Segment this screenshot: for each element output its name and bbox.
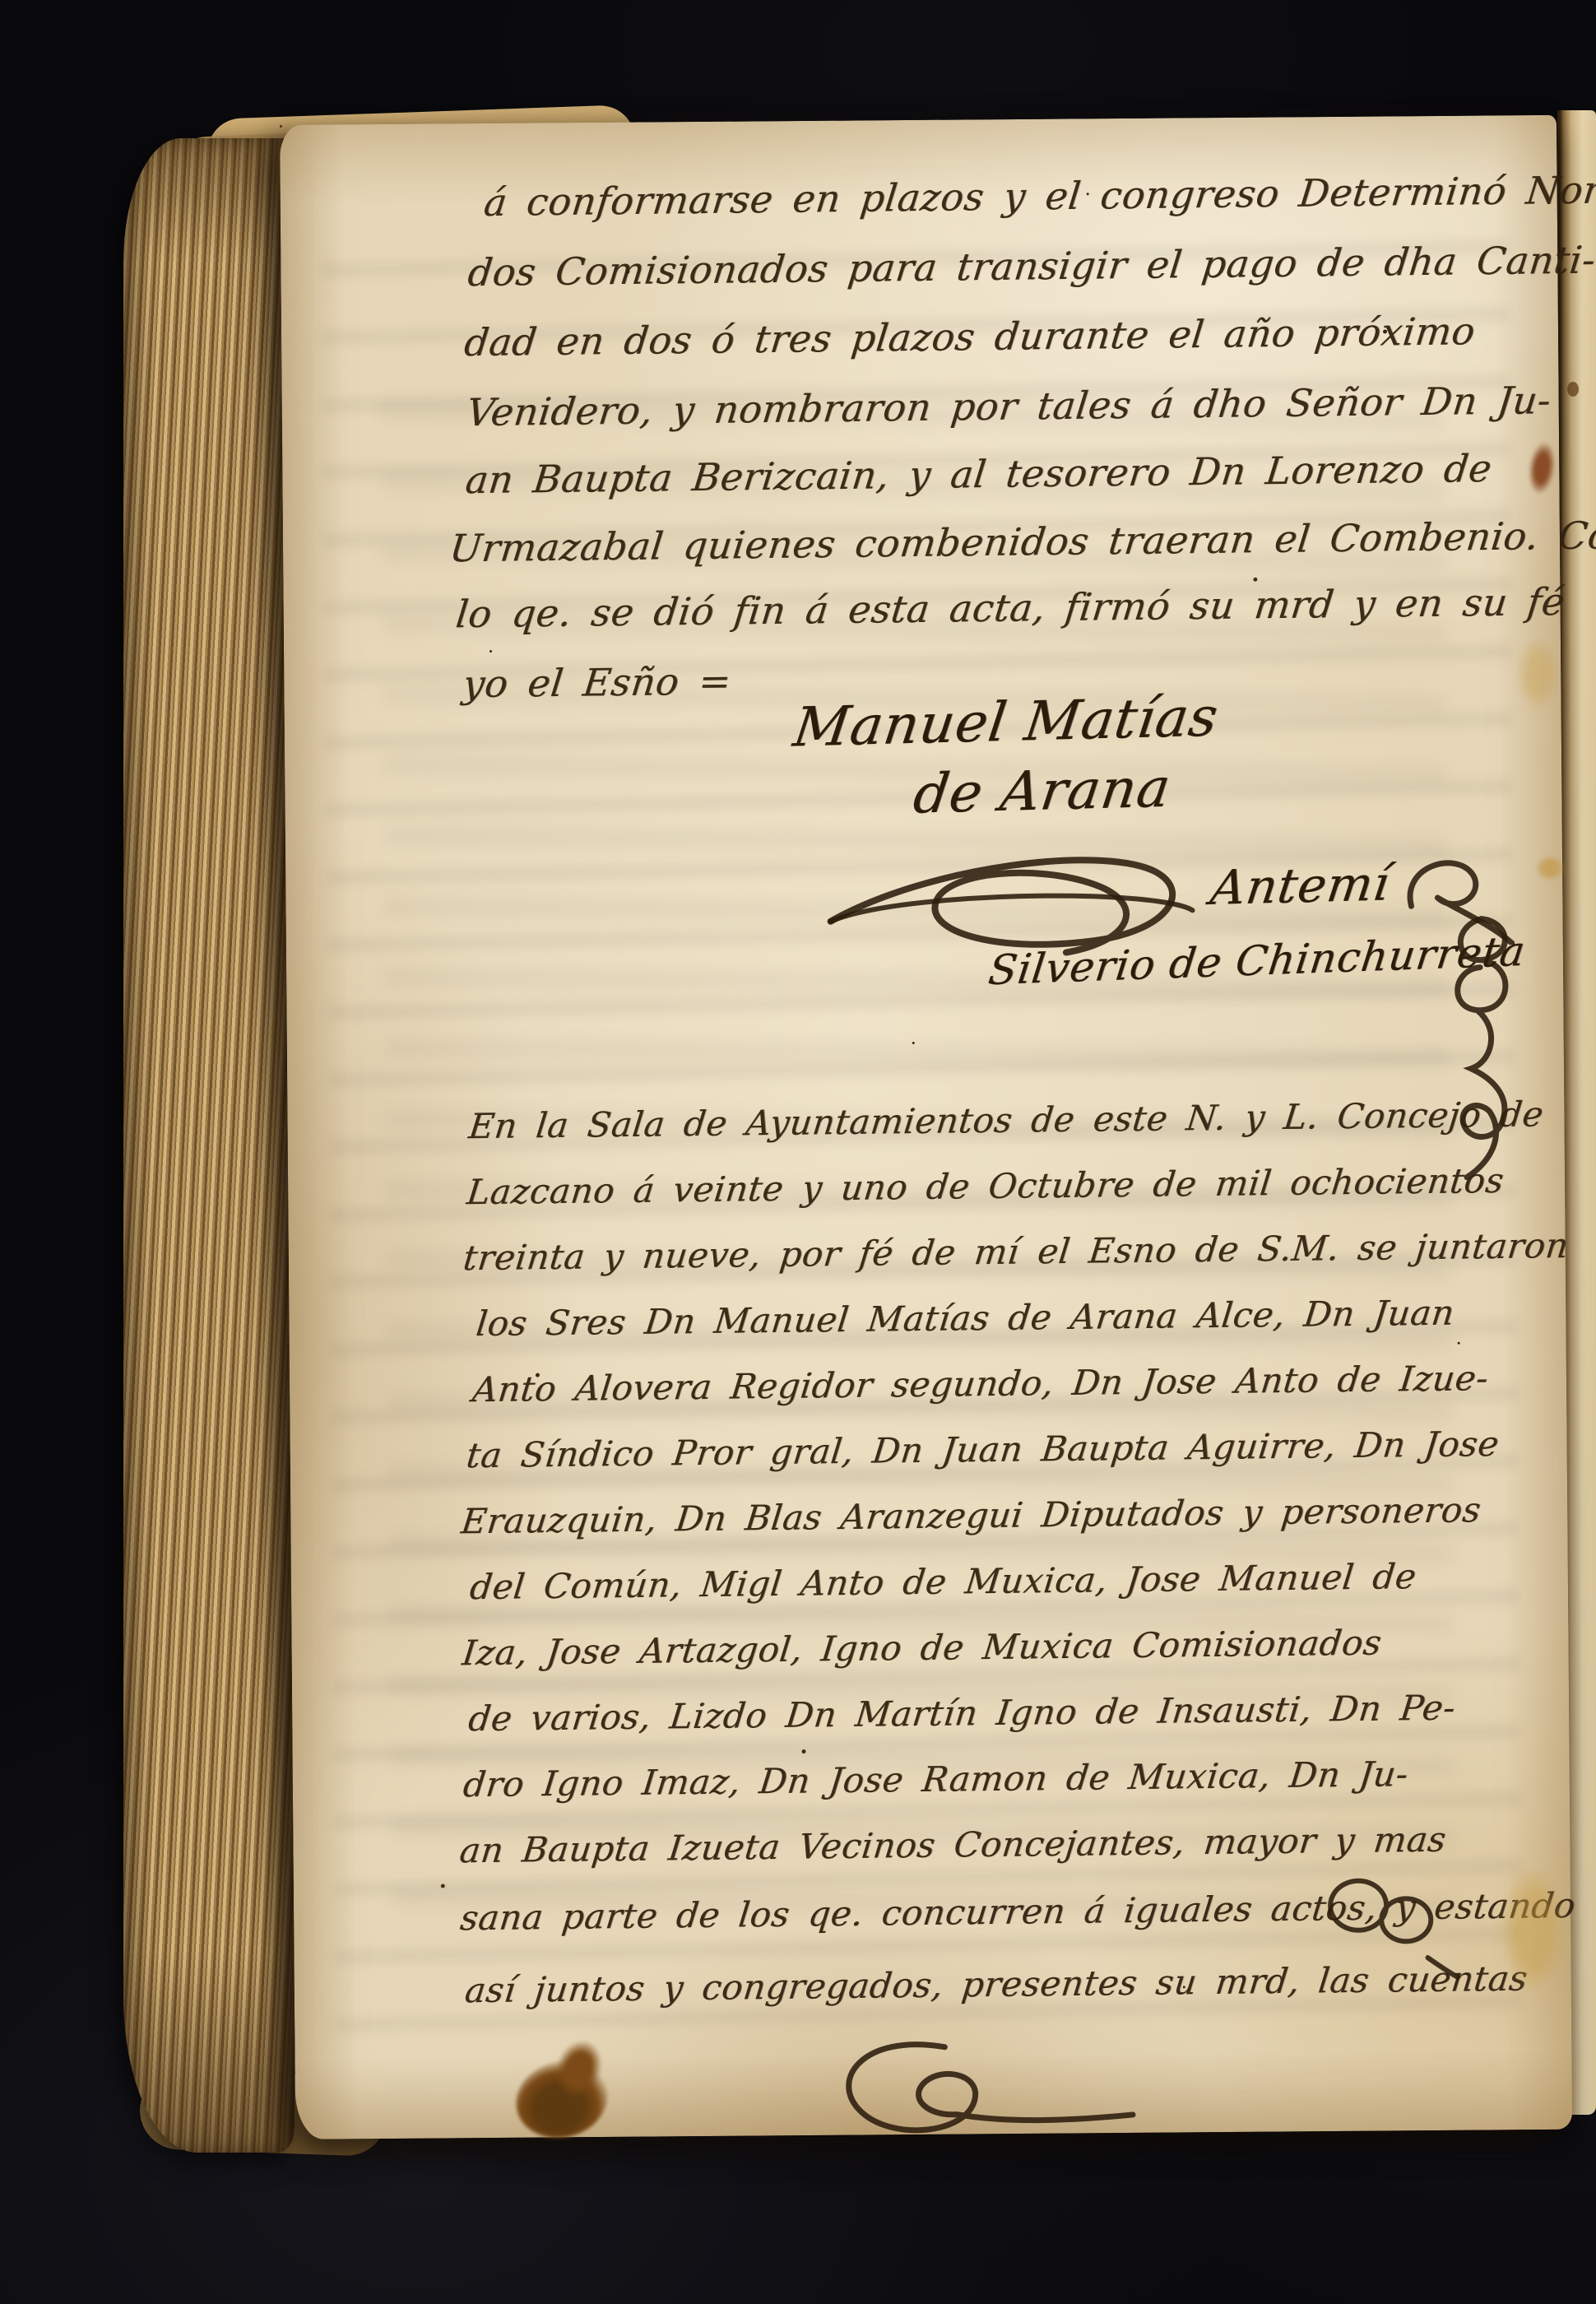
manuscript-line: del Común, Migl Anto de Muxica, Jose Man… (468, 1559, 1418, 1605)
manuscript-line: treinta y nueve, por fé de mí el Esno de… (462, 1229, 1570, 1275)
manuscript-line: yo el Esño = (462, 662, 734, 704)
manuscript-line: dro Igno Imaz, Dn Jose Ramon de Muxica, … (462, 1757, 1410, 1802)
photo-background: á conformarse en plazos y el congreso De… (0, 0, 1596, 2304)
ink-spot (1567, 382, 1579, 397)
signature-alcalde-line1: Manuel Matías (791, 690, 1222, 755)
manuscript-line: de varios, Lizdo Dn Martín Igno de Insau… (466, 1691, 1457, 1737)
manuscript-line: Lazcano á veinte y uno de Octubre de mil… (465, 1164, 1506, 1210)
manuscript-line: Iza, Jose Artazgol, Igno de Muxica Comis… (461, 1626, 1384, 1671)
manuscript-line: dos Comisionados para transigir el pago … (466, 241, 1596, 292)
closing-rubric-flourish (813, 2024, 1143, 2146)
manuscript-line: lo qe. se dió fin á esta acta, firmó su … (454, 583, 1567, 633)
paper-specks (280, 125, 282, 128)
manuscript-line: Anto Alovera Regidor segundo, Dn Jose An… (471, 1361, 1490, 1407)
manuscript-line: Erauzquin, Dn Blas Aranzegui Diputados y… (460, 1493, 1483, 1539)
paper-stain (1518, 639, 1558, 709)
manuscript-line: los Sres Dn Manuel Matías de Arana Alce,… (475, 1296, 1456, 1342)
manuscript-line: dad en dos ó tres plazos durante el año … (462, 312, 1477, 361)
manuscript-line: Urmazabal quienes combenidos traeran el … (448, 516, 1596, 567)
manuscript-line: así juntos y congregados, presentes su m… (463, 1962, 1529, 2009)
ink-stain (548, 2034, 609, 2103)
manuscript-line: Venidero, y nombraron por tales á dho Se… (465, 381, 1553, 431)
ink-stain (508, 2051, 615, 2148)
paper-stain (1536, 856, 1564, 880)
book-fore-edge-stack (123, 138, 295, 2153)
manuscript-line: á conformarse en plazos y el congreso De… (482, 170, 1596, 221)
signature-alcalde-line2: de Arana (911, 761, 1174, 822)
signature-attestation: Antemí (1208, 860, 1393, 913)
manuscript-page: á conformarse en plazos y el congreso De… (280, 115, 1572, 2139)
manuscript-line: an Baupta Berizcain, y al tesorero Dn Lo… (464, 449, 1494, 499)
manuscript-line: sana parte de los qe. concurren á iguale… (458, 1888, 1577, 1935)
manuscript-line: ta Síndico Pror gral, Dn Juan Baupta Agu… (465, 1427, 1501, 1473)
paper-stain (1526, 441, 1557, 495)
manuscript-line: En la Sala de Ayuntamientos de este N. y… (467, 1097, 1546, 1144)
manuscript-line: an Baupta Izueta Vecinos Concejantes, ma… (458, 1823, 1448, 1869)
signature-scribe: Silverio de Chinchurreta (986, 931, 1528, 991)
